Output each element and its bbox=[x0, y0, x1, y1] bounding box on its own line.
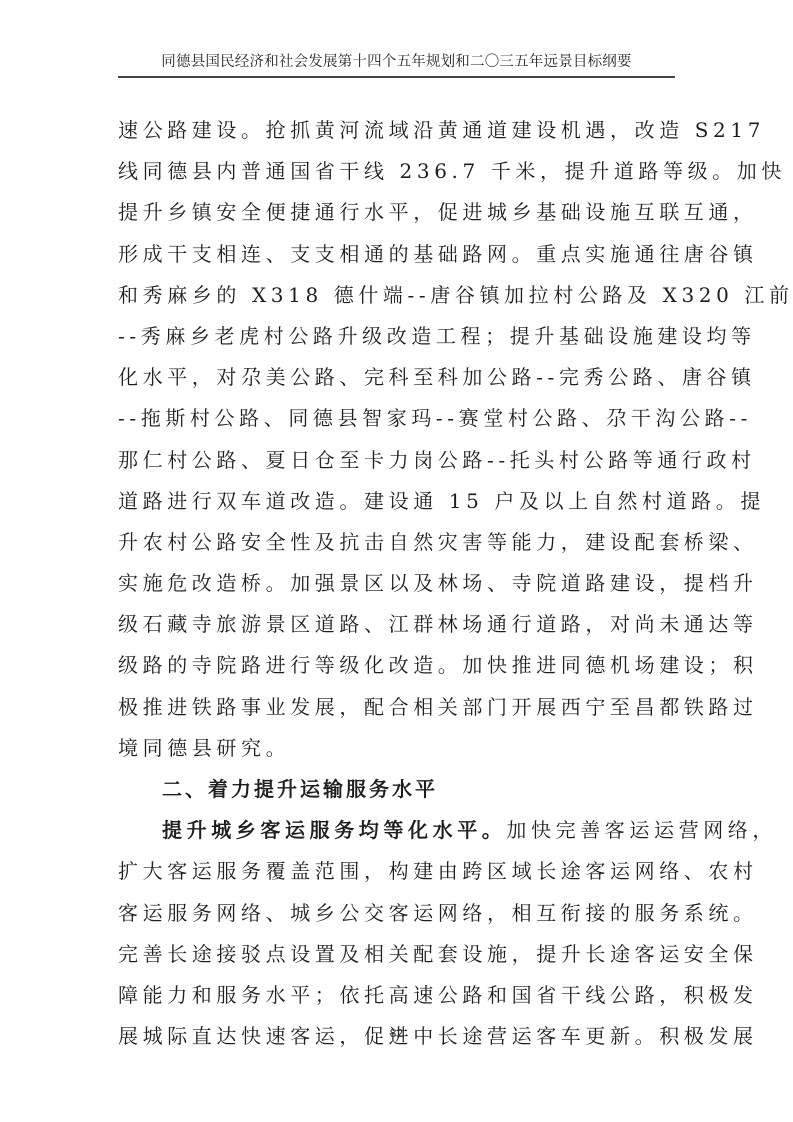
body-line: 速公路建设。抢抓黄河流域沿黄通道建设机遇，改造 S217 bbox=[118, 110, 678, 151]
body-line: --秀麻乡老虎村公路升级改造工程；提升基础设施建设均等 bbox=[118, 316, 678, 357]
body-line: 那仁村公路、夏日仓至卡力岗公路--托头村公路等通行政村 bbox=[118, 440, 678, 481]
page-number: 82 bbox=[0, 1027, 793, 1040]
body-line: 扩大客运服务覆盖范围，构建由跨区域长途客运网络、农村 bbox=[118, 851, 678, 892]
body-line: 境同德县研究。 bbox=[118, 728, 678, 769]
body-line: 升农村公路安全性及抗击自然灾害等能力，建设配套桥梁、 bbox=[118, 522, 678, 563]
body-line: 道路进行双车道改造。建设通 15 户及以上自然村道路。提 bbox=[118, 481, 678, 522]
header-divider bbox=[118, 76, 675, 78]
body-line: 客运服务网络、城乡公交客运网络，相互衔接的服务系统。 bbox=[118, 893, 678, 934]
body-line: 级石藏寺旅游景区道路、江群林场通行道路，对尚未通达等 bbox=[118, 604, 678, 645]
body-line: 化水平，对尕美公路、完科至科加公路--完秀公路、唐谷镇 bbox=[118, 357, 678, 398]
paragraph-lead-line: 提升城乡客运服务均等化水平。加快完善客运运营网络， bbox=[118, 810, 678, 851]
running-header: 同德县国民经济和社会发展第十四个五年规划和二〇三五年远景目标纲要 bbox=[118, 52, 675, 72]
body-line: 完善长途接驳点设置及相关配套设施，提升长途客运安全保 bbox=[118, 934, 678, 975]
body-line: 级路的寺院路进行等级化改造。加快推进同德机场建设；积 bbox=[118, 645, 678, 686]
body-line: 和秀麻乡的 X318 德什端--唐谷镇加拉村公路及 X320 江前桥 bbox=[118, 275, 678, 316]
body-line: 极推进铁路事业发展，配合相关部门开展西宁至昌都铁路过 bbox=[118, 687, 678, 728]
body-line: 线同德县内普通国省干线 236.7 千米，提升道路等级。加快 bbox=[118, 151, 678, 192]
body-line: 形成干支相连、支支相通的基础路网。重点实施通往唐谷镇 bbox=[118, 234, 678, 275]
body-line: 提升乡镇安全便捷通行水平，促进城乡基础设施互联互通， bbox=[118, 192, 678, 233]
body-line: 障能力和服务水平；依托高速公路和国省干线公路，积极发 bbox=[118, 975, 678, 1016]
body-line: 实施危改造桥。加强景区以及林场、寺院道路建设，提档升 bbox=[118, 563, 678, 604]
paragraph-bold-lead: 提升城乡客运服务均等化水平。 bbox=[162, 818, 506, 842]
section-heading: 二、着力提升运输服务水平 bbox=[118, 769, 678, 810]
document-body: 速公路建设。抢抓黄河流域沿黄通道建设机遇，改造 S217 线同德县内普通国省干线… bbox=[118, 110, 678, 1057]
paragraph-lead-rest: 加快完善客运运营网络， bbox=[506, 818, 777, 842]
body-line: --拖斯村公路、同德县智家玛--赛堂村公路、尕干沟公路-- bbox=[118, 398, 678, 439]
